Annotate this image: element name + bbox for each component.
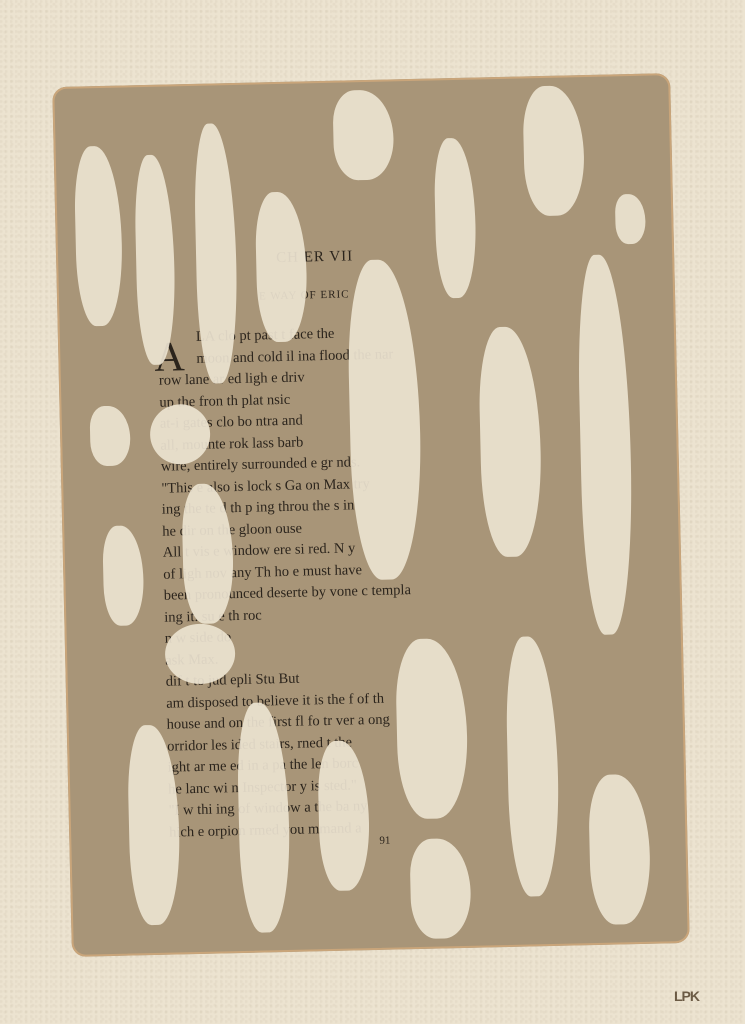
stencil-shape bbox=[102, 525, 144, 626]
text-line: house and on the first fl fo tr ver a on… bbox=[167, 712, 390, 734]
text-line: row lane ar ed ligh e driv bbox=[159, 369, 305, 389]
artist-signature: LPK bbox=[674, 988, 699, 1004]
stencil-shape bbox=[89, 405, 130, 466]
page-number: 91 bbox=[379, 835, 390, 847]
stencil-shape bbox=[74, 146, 124, 327]
text-line: am disposed to believe it is the f of th bbox=[166, 690, 384, 712]
stencil-shape bbox=[615, 194, 646, 245]
stencil-shape bbox=[588, 774, 651, 925]
collage-card: CH ER VII E WAY OF ERIC A LA clo pt past… bbox=[52, 73, 690, 957]
